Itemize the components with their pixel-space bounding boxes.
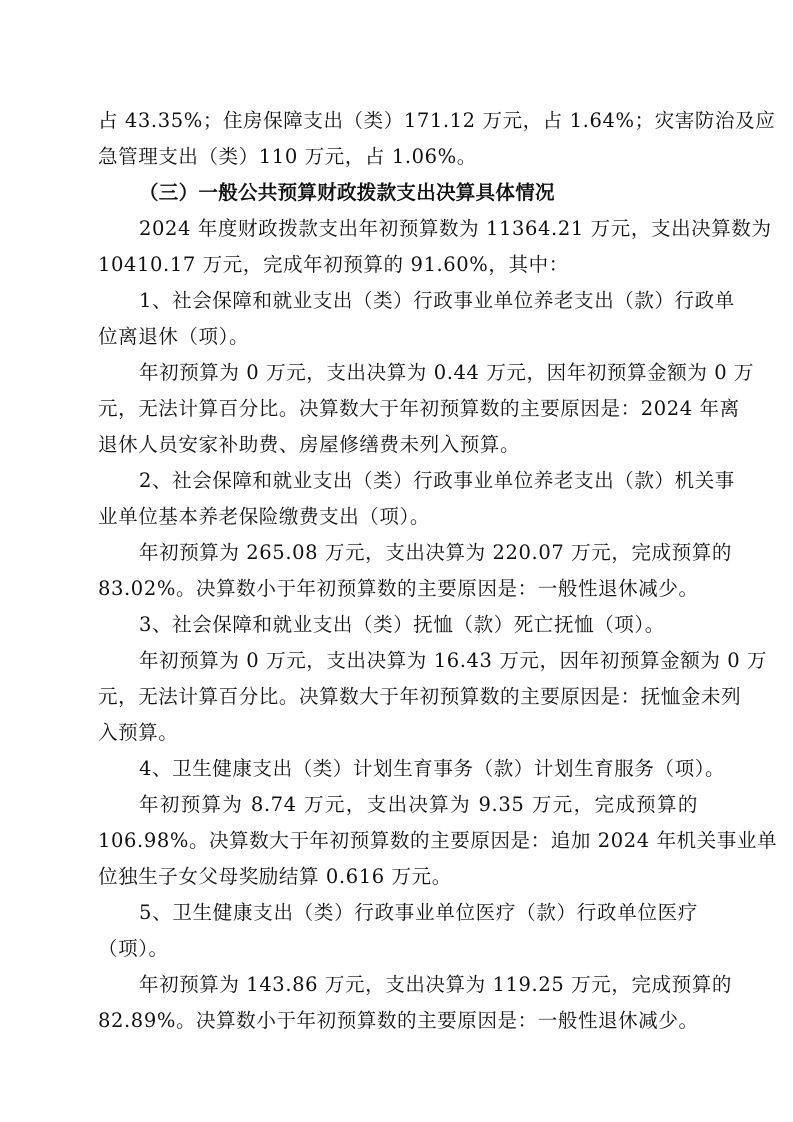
item-body-line: 元，无法计算百分比。决算数大于年初预算数的主要原因是：2024 年离 xyxy=(98,391,698,427)
item-title-line: 5、卫生健康支出（类）行政事业单位医疗（款）行政单位医疗 xyxy=(98,895,698,931)
item-body-line: 年初预算为 265.08 万元，支出决算为 220.07 万元，完成预算的 xyxy=(98,535,698,571)
item-4: 4、卫生健康支出（类）计划生育事务（款）计划生育服务（项）。 年初预算为 8.7… xyxy=(98,751,698,895)
item-body-line: 入预算。 xyxy=(98,715,698,751)
item-body-line: 年初预算为 0 万元，支出决算为 16.43 万元，因年初预算金额为 0 万 xyxy=(98,643,698,679)
summary-paragraph: 2024 年度财政拨款支出年初预算数为 11364.21 万元，支出决算数为 1… xyxy=(98,211,698,283)
item-body-line: 83.02%。决算数小于年初预算数的主要原因是：一般性退休减少。 xyxy=(98,571,698,607)
item-body-line: 年初预算为 143.86 万元，支出决算为 119.25 万元，完成预算的 xyxy=(98,967,698,1003)
item-body-line: 年初预算为 8.74 万元，支出决算为 9.35 万元，完成预算的 xyxy=(98,787,698,823)
section-heading: （三）一般公共预算财政拨款支出决算具体情况 xyxy=(98,175,698,211)
text-line: 急管理支出（类）110 万元，占 1.06%。 xyxy=(98,139,698,175)
item-body-line: 退休人员安家补助费、房屋修缮费未列入预算。 xyxy=(98,427,698,463)
item-title-line: 1、社会保障和就业支出（类）行政事业单位养老支出（款）行政单 xyxy=(98,283,698,319)
text-line: 2024 年度财政拨款支出年初预算数为 11364.21 万元，支出决算数为 xyxy=(98,211,698,247)
item-title-line: 位离退休（项）。 xyxy=(98,319,698,355)
document-page: 占 43.35%；住房保障支出（类）171.12 万元，占 1.64%；灾害防治… xyxy=(98,103,698,1039)
item-body-line: 106.98%。决算数大于年初预算数的主要原因是：追加 2024 年机关事业单 xyxy=(98,823,698,859)
item-2: 2、社会保障和就业支出（类）行政事业单位养老支出（款）机关事 业单位基本养老保险… xyxy=(98,463,698,607)
item-title-line: 3、社会保障和就业支出（类）抚恤（款）死亡抚恤（项）。 xyxy=(98,607,698,643)
item-body-line: 元，无法计算百分比。决算数大于年初预算数的主要原因是：抚恤金未列 xyxy=(98,679,698,715)
text-line: 占 43.35%；住房保障支出（类）171.12 万元，占 1.64%；灾害防治… xyxy=(98,103,698,139)
item-body-line: 年初预算为 0 万元，支出决算为 0.44 万元，因年初预算金额为 0 万 xyxy=(98,355,698,391)
text-line: 10410.17 万元，完成年初预算的 91.60%，其中： xyxy=(98,247,698,283)
item-body-line: 位独生子女父母奖励结算 0.616 万元。 xyxy=(98,859,698,895)
intro-paragraph: 占 43.35%；住房保障支出（类）171.12 万元，占 1.64%；灾害防治… xyxy=(98,103,698,175)
item-title-line: 4、卫生健康支出（类）计划生育事务（款）计划生育服务（项）。 xyxy=(98,751,698,787)
item-title-line: （项）。 xyxy=(98,931,698,967)
item-1: 1、社会保障和就业支出（类）行政事业单位养老支出（款）行政单 位离退休（项）。 … xyxy=(98,283,698,463)
item-body-line: 82.89%。决算数小于年初预算数的主要原因是：一般性退休减少。 xyxy=(98,1003,698,1039)
item-3: 3、社会保障和就业支出（类）抚恤（款）死亡抚恤（项）。 年初预算为 0 万元，支… xyxy=(98,607,698,751)
item-title-line: 业单位基本养老保险缴费支出（项）。 xyxy=(98,499,698,535)
item-title-line: 2、社会保障和就业支出（类）行政事业单位养老支出（款）机关事 xyxy=(98,463,698,499)
item-5: 5、卫生健康支出（类）行政事业单位医疗（款）行政单位医疗 （项）。 年初预算为 … xyxy=(98,895,698,1039)
